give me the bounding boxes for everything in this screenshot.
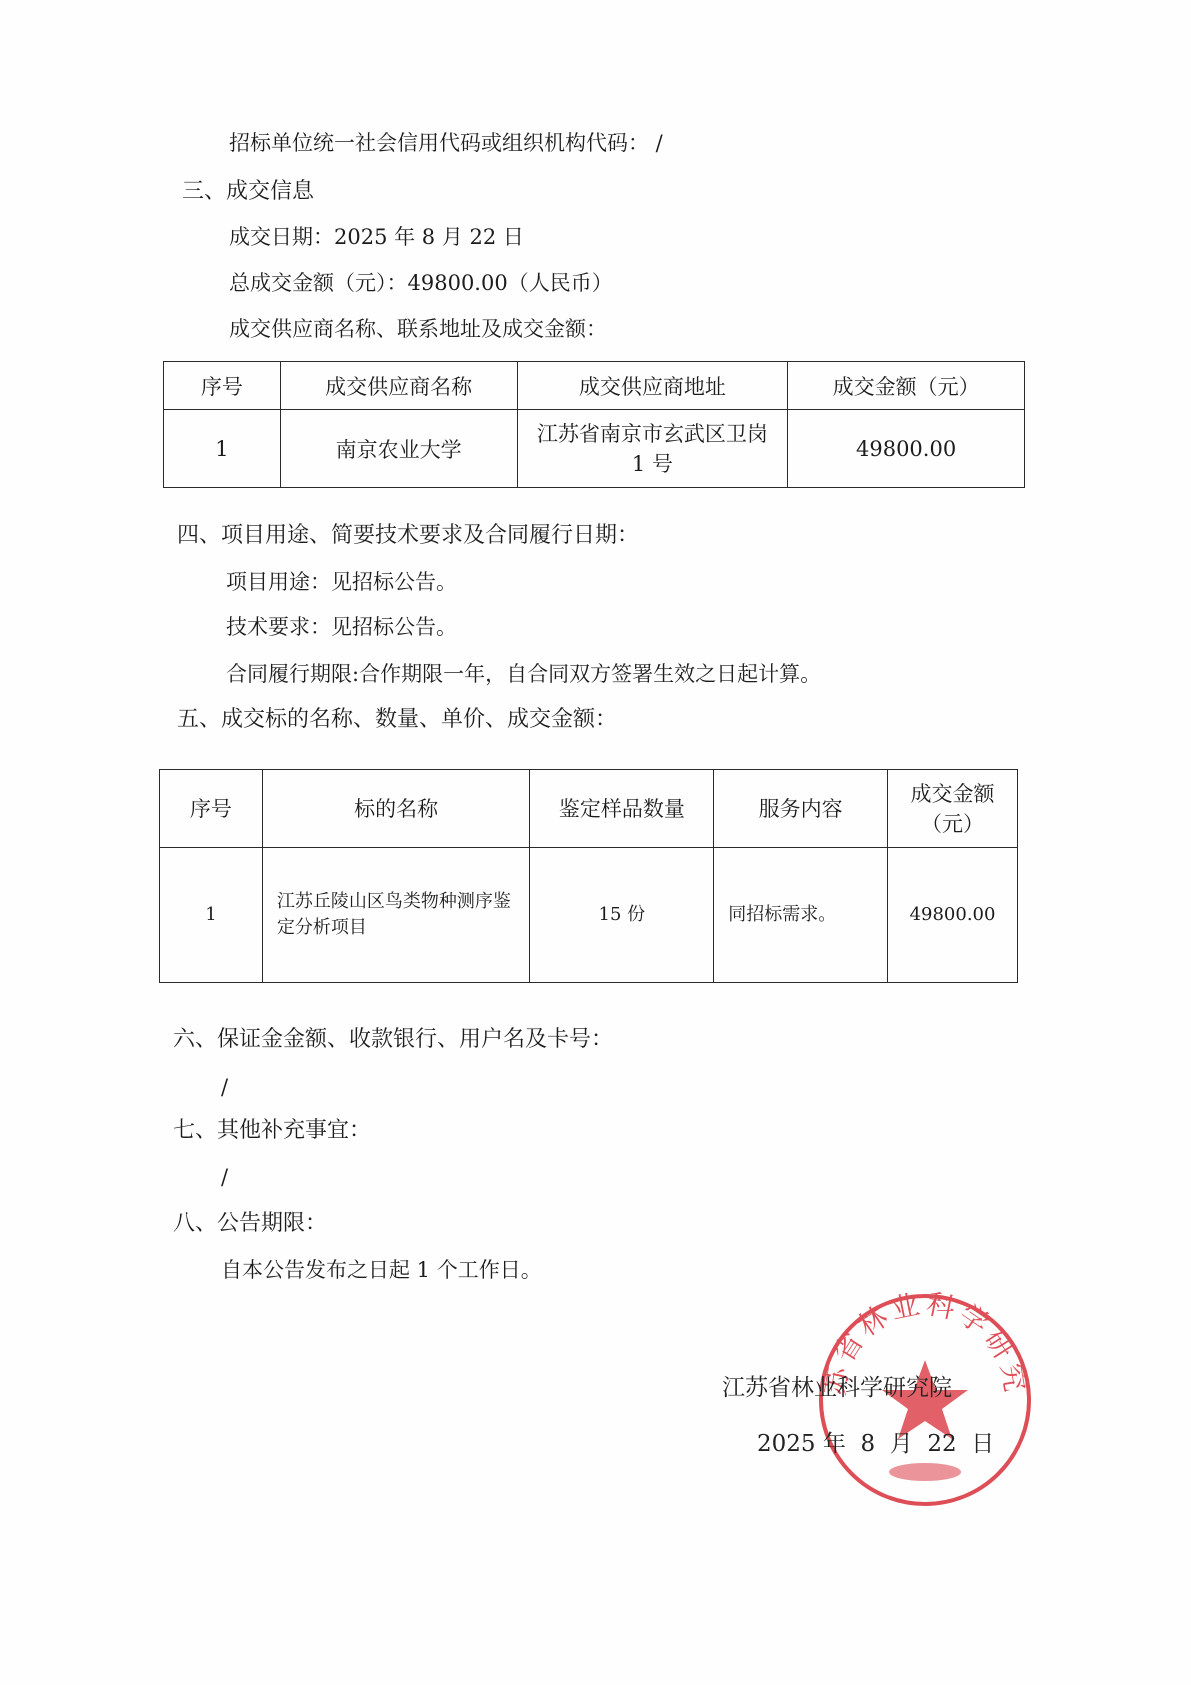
- cell-sample-quantity: 15 份: [530, 848, 714, 983]
- table-row: 1 江苏丘陵山区鸟类物种测序鉴定分析项目 15 份 同招标需求。 49800.0…: [160, 848, 1018, 983]
- tech-line: 技术要求：见招标公告。: [226, 612, 457, 642]
- purpose-line: 项目用途：见招标公告。: [226, 567, 457, 597]
- table-row: 1 南京农业大学 江苏省南京市玄武区卫岗 1 号 49800.00: [164, 410, 1025, 488]
- cell-service-content: 同招标需求。: [714, 848, 888, 983]
- credit-code-line: 招标单位统一社会信用代码或组织机构代码： /: [229, 128, 663, 158]
- section-6-value: /: [221, 1072, 228, 1102]
- item-table: 序号 标的名称 鉴定样品数量 服务内容 成交金额（元） 1 江苏丘陵山区鸟类物种…: [159, 769, 1018, 983]
- section-4-heading: 四、项目用途、简要技术要求及合同履行日期：: [177, 521, 639, 551]
- total-amount-line: 总成交金额（元）：49800.00（人民币）: [229, 268, 613, 298]
- section-7-value: /: [221, 1162, 228, 1192]
- section-3-heading: 三、成交信息: [182, 177, 314, 207]
- header-amount: 成交金额（元）: [888, 770, 1018, 848]
- section-8-value: 自本公告发布之日起 1 个工作日。: [221, 1255, 542, 1285]
- signature-date: 2025 年 8 月 22 日: [757, 1425, 994, 1458]
- cell-supplier-address: 江苏省南京市玄武区卫岗 1 号: [517, 410, 788, 488]
- section-8-heading: 八、公告期限：: [173, 1209, 327, 1239]
- header-supplier-address: 成交供应商地址: [517, 362, 788, 410]
- cell-amount: 49800.00: [788, 410, 1025, 488]
- section-6-heading: 六、保证金金额、收款银行、用户名及卡号：: [173, 1025, 613, 1055]
- header-amount: 成交金额（元）: [788, 362, 1025, 410]
- contract-term-line: 合同履行期限:合作期限一年，自合同双方签署生效之日起计算。: [226, 659, 821, 689]
- header-no: 序号: [164, 362, 281, 410]
- header-item-name: 标的名称: [262, 770, 530, 848]
- table-header-row: 序号 标的名称 鉴定样品数量 服务内容 成交金额（元）: [160, 770, 1018, 848]
- cell-supplier-name: 南京农业大学: [280, 410, 517, 488]
- cell-amount: 49800.00: [888, 848, 1018, 983]
- header-supplier-name: 成交供应商名称: [280, 362, 517, 410]
- section-7-heading: 七、其他补充事宜：: [173, 1116, 371, 1146]
- supplier-table: 序号 成交供应商名称 成交供应商地址 成交金额（元） 1 南京农业大学 江苏省南…: [163, 361, 1025, 488]
- deal-date-line: 成交日期：2025 年 8 月 22 日: [229, 222, 524, 252]
- cell-no: 1: [164, 410, 281, 488]
- header-no: 序号: [160, 770, 263, 848]
- cell-item-name: 江苏丘陵山区鸟类物种测序鉴定分析项目: [262, 848, 530, 983]
- table-header-row: 序号 成交供应商名称 成交供应商地址 成交金额（元）: [164, 362, 1025, 410]
- supplier-intro-line: 成交供应商名称、联系地址及成交金额：: [229, 314, 607, 344]
- cell-no: 1: [160, 848, 263, 983]
- header-sample-quantity: 鉴定样品数量: [530, 770, 714, 848]
- signature-org: 江苏省林业科学研究院: [722, 1369, 952, 1402]
- header-service-content: 服务内容: [714, 770, 888, 848]
- section-5-heading: 五、成交标的名称、数量、单价、成交金额：: [177, 705, 617, 735]
